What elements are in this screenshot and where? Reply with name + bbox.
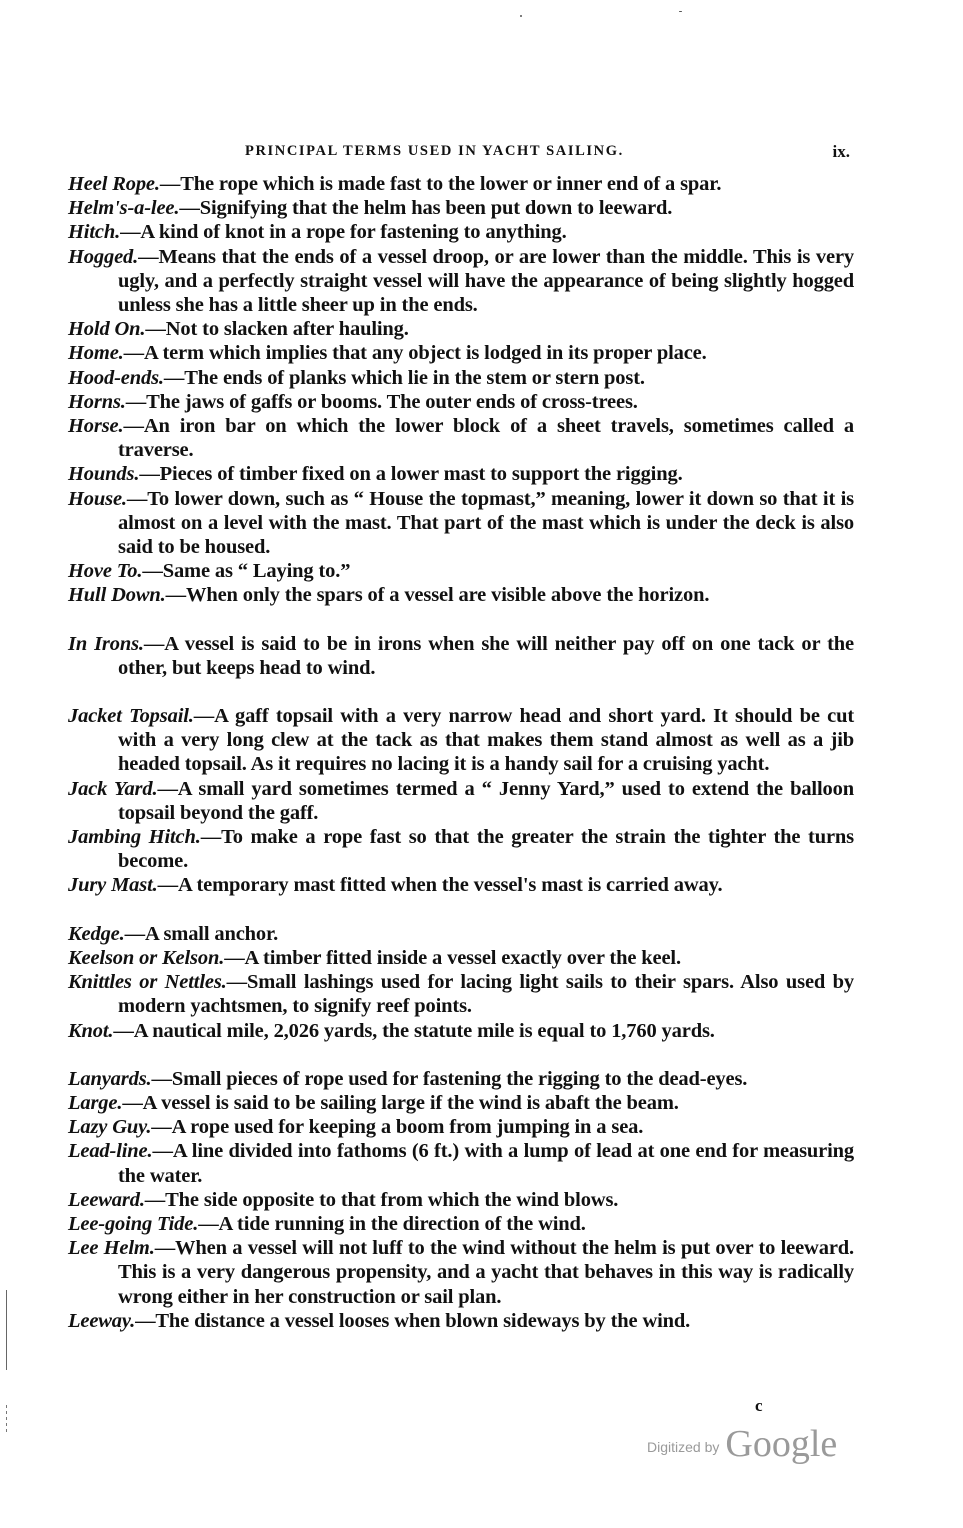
term: Lazy Guy. xyxy=(68,1116,151,1138)
glossary-entry: Hitch.—A kind of knot in a rope for fast… xyxy=(68,220,854,244)
glossary-entry: Keelson or Kelson.—A timber fitted insid… xyxy=(68,946,854,970)
term: Hitch. xyxy=(68,221,120,243)
section-gap xyxy=(68,608,854,632)
definition: —A timber fitted inside a vessel exactly… xyxy=(224,947,681,969)
glossary-entry: Kedge.—A small anchor. xyxy=(68,922,854,946)
definition: —A term which implies that any object is… xyxy=(124,342,707,364)
glossary-entry: Large.—A vessel is said to be sailing la… xyxy=(68,1091,854,1115)
glossary-entry: Helm's-a-lee.—Signifying that the helm h… xyxy=(68,196,854,220)
signature-mark: c xyxy=(755,1396,763,1416)
glossary-entry: Hood-ends.—The ends of planks which lie … xyxy=(68,366,854,390)
term: Jambing Hitch. xyxy=(68,826,201,848)
definition: —Signifying that the helm has been put d… xyxy=(179,197,672,219)
section-gap xyxy=(68,1043,854,1067)
header-title: Principal terms used in yacht sailing. xyxy=(245,143,624,160)
definition: —A line divided into fathoms (6 ft.) wit… xyxy=(118,1140,854,1186)
glossary-entry: Jack Yard.—A small yard sometimes termed… xyxy=(68,777,854,825)
definition: —The side opposite to that from which th… xyxy=(145,1189,618,1211)
glossary-entry: Knot.—A nautical mile, 2,026 yards, the … xyxy=(68,1019,854,1043)
term: Jack Yard. xyxy=(68,778,157,800)
definition: —A tide running in the direction of the … xyxy=(198,1213,586,1235)
term: Leeward. xyxy=(68,1189,145,1211)
definition: —A vessel is said to be in irons when sh… xyxy=(118,633,854,679)
glossary-entry: Lanyards.—Small pieces of rope used for … xyxy=(68,1067,854,1091)
definition: —A temporary mast fitted when the vessel… xyxy=(158,874,723,896)
definition: —The jaws of gaffs or booms. The outer e… xyxy=(126,391,638,413)
term: Lee Helm. xyxy=(68,1237,155,1259)
glossary-entry: Jacket Topsail.—A gaff topsail with a ve… xyxy=(68,704,854,777)
definition: —A small yard sometimes termed a “ Jenny… xyxy=(118,778,854,824)
definition: —Not to slacken after hauling. xyxy=(145,318,408,340)
glossary-entry: Hogged.—Means that the ends of a vessel … xyxy=(68,245,854,318)
term: Lanyards. xyxy=(68,1068,152,1090)
definition: —The rope which is made fast to the lowe… xyxy=(160,173,721,195)
glossary-entry: Jury Mast.—A temporary mast fitted when … xyxy=(68,873,854,897)
glossary-entry: Lee Helm.—When a vessel will not luff to… xyxy=(68,1236,854,1309)
term: Kedge. xyxy=(68,923,125,945)
definition: —A kind of knot in a rope for fastening … xyxy=(120,221,567,243)
glossary-entry: Horse.—An iron bar on which the lower bl… xyxy=(68,414,854,462)
glossary-entry: Hull Down.—When only the spars of a vess… xyxy=(68,583,854,607)
glossary-entry: Horns.—The jaws of gaffs or booms. The o… xyxy=(68,390,854,414)
glossary-entry: Heel Rope.—The rope which is made fast t… xyxy=(68,172,854,196)
term: Heel Rope. xyxy=(68,173,160,195)
section-j: Jacket Topsail.—A gaff topsail with a ve… xyxy=(68,704,854,898)
glossary-entry: Lee-going Tide.—A tide running in the di… xyxy=(68,1212,854,1236)
definition: —Means that the ends of a vessel droop, … xyxy=(118,246,854,316)
definition: —Small pieces of rope used for fastening… xyxy=(152,1068,748,1090)
glossary-entry: Hold On.—Not to slacken after hauling. xyxy=(68,317,854,341)
term: Horns. xyxy=(68,391,126,413)
definition: —A small anchor. xyxy=(125,923,278,945)
section-l: Lanyards.—Small pieces of rope used for … xyxy=(68,1067,854,1333)
definition: —The distance a vessel looses when blown… xyxy=(135,1310,690,1332)
glossary-entry: Hove To.—Same as “ Laying to.” xyxy=(68,559,854,583)
section-gap xyxy=(68,680,854,704)
term: Knittles or Nettles. xyxy=(68,971,227,993)
term: Jacket Topsail. xyxy=(68,705,194,727)
term: Knot. xyxy=(68,1020,113,1042)
term: Hood-ends. xyxy=(68,367,164,389)
scan-margin-line xyxy=(6,1405,7,1435)
section-i: In Irons.—A vessel is said to be in iron… xyxy=(68,632,854,680)
definition: —When a vessel will not luff to the wind… xyxy=(118,1237,854,1307)
definition: —When only the spars of a vessel are vis… xyxy=(166,584,710,606)
section-k: Kedge.—A small anchor. Keelson or Kelson… xyxy=(68,922,854,1043)
page-number: ix. xyxy=(833,142,850,162)
scan-speck xyxy=(520,15,522,17)
definition: —A vessel is said to be sailing large if… xyxy=(122,1092,678,1114)
glossary-entry: Home.—A term which implies that any obje… xyxy=(68,341,854,365)
term: Hogged. xyxy=(68,246,138,268)
glossary-entry: Jambing Hitch.—To make a rope fast so th… xyxy=(68,825,854,873)
glossary-entry: Knittles or Nettles.—Small lashings used… xyxy=(68,970,854,1018)
glossary-entry: Lead-line.—A line divided into fathoms (… xyxy=(68,1139,854,1187)
definition: —To lower down, such as “ House the topm… xyxy=(118,488,854,558)
glossary-entry: Lazy Guy.—A rope used for keeping a boom… xyxy=(68,1115,854,1139)
term: Home. xyxy=(68,342,124,364)
scan-speck xyxy=(679,11,682,12)
term: Helm's-a-lee. xyxy=(68,197,179,219)
definition: —Pieces of timber fixed on a lower mast … xyxy=(139,463,682,485)
glossary-entry: In Irons.—A vessel is said to be in iron… xyxy=(68,632,854,680)
term: Lead-line. xyxy=(68,1140,152,1162)
definition: —The ends of planks which lie in the ste… xyxy=(164,367,645,389)
term: House. xyxy=(68,488,127,510)
scan-margin-line xyxy=(6,1290,7,1370)
section-h: Heel Rope.—The rope which is made fast t… xyxy=(68,172,854,608)
term: Hove To. xyxy=(68,560,142,582)
term: Hull Down. xyxy=(68,584,166,606)
glossary-entry: Hounds.—Pieces of timber fixed on a lowe… xyxy=(68,462,854,486)
running-header: Principal terms used in yacht sailing. i… xyxy=(245,143,850,167)
glossary-entry: Leeward.—The side opposite to that from … xyxy=(68,1188,854,1212)
watermark-prefix: Digitized by xyxy=(647,1439,719,1455)
definition: —An iron bar on which the lower block of… xyxy=(118,415,854,461)
google-logo: Google xyxy=(725,1423,837,1465)
glossary-entry: Leeway.—The distance a vessel looses whe… xyxy=(68,1309,854,1333)
glossary-entry: House.—To lower down, such as “ House th… xyxy=(68,487,854,560)
digitized-watermark: Digitized by Google xyxy=(647,1422,837,1466)
definition: —Same as “ Laying to.” xyxy=(142,560,350,582)
term: Horse. xyxy=(68,415,123,437)
glossary: Heel Rope.—The rope which is made fast t… xyxy=(68,172,854,1333)
section-gap xyxy=(68,898,854,922)
term: Leeway. xyxy=(68,1310,135,1332)
term: Hold On. xyxy=(68,318,145,340)
term: Hounds. xyxy=(68,463,139,485)
definition: —To make a rope fast so that the greater… xyxy=(118,826,854,872)
term: Lee-going Tide. xyxy=(68,1213,198,1235)
definition: —A gaff topsail with a very narrow head … xyxy=(118,705,854,775)
term: Jury Mast. xyxy=(68,874,158,896)
definition: —Small lashings used for lacing light sa… xyxy=(118,971,854,1017)
definition: —A rope used for keeping a boom from jum… xyxy=(151,1116,643,1138)
term: Large. xyxy=(68,1092,122,1114)
term: In Irons. xyxy=(68,633,144,655)
term: Keelson or Kelson. xyxy=(68,947,224,969)
definition: —A nautical mile, 2,026 yards, the statu… xyxy=(113,1020,714,1042)
